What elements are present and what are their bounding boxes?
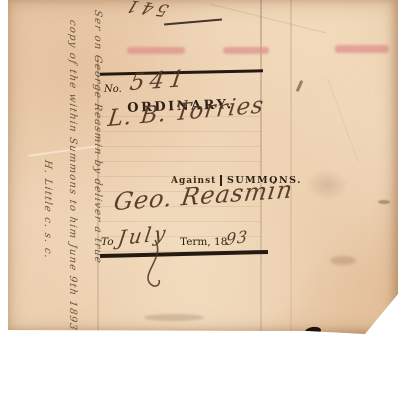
ink-mark	[378, 200, 390, 204]
scanned-document-background: 541 No. 541 ORDINARY. L. B. Torries Agai…	[0, 0, 400, 400]
term-year: 93	[225, 227, 248, 249]
document-paper: 541 No. 541 ORDINARY. L. B. Torries Agai…	[8, 0, 398, 334]
crease-mark	[210, 3, 327, 33]
top-scribble-underline	[164, 18, 222, 25]
docket-number: 541	[128, 66, 190, 96]
pencil-smudge	[144, 314, 204, 321]
crease-mark	[327, 78, 359, 163]
fold-line-outer	[290, 0, 292, 331]
pink-stain	[127, 47, 185, 54]
pink-stain	[223, 47, 269, 54]
ink-blot	[305, 326, 322, 336]
sheriff-return-note: Ser on George Reasmin by deliver a true …	[26, 10, 110, 320]
pencil-smudge	[304, 168, 350, 202]
top-scribble-number: 541	[120, 0, 172, 20]
pink-stain	[335, 45, 389, 53]
pen-flourish	[103, 238, 223, 298]
ink-mark	[296, 80, 304, 92]
sheriff-return-line2: copy of the within Summons to him June 9…	[60, 8, 85, 322]
sheriff-return-line1: Ser on George Reasmin by deliver a true	[85, 8, 110, 322]
sheriff-return-line3: H. Little c. s. c.	[35, 8, 60, 322]
pencil-smudge	[330, 256, 356, 265]
